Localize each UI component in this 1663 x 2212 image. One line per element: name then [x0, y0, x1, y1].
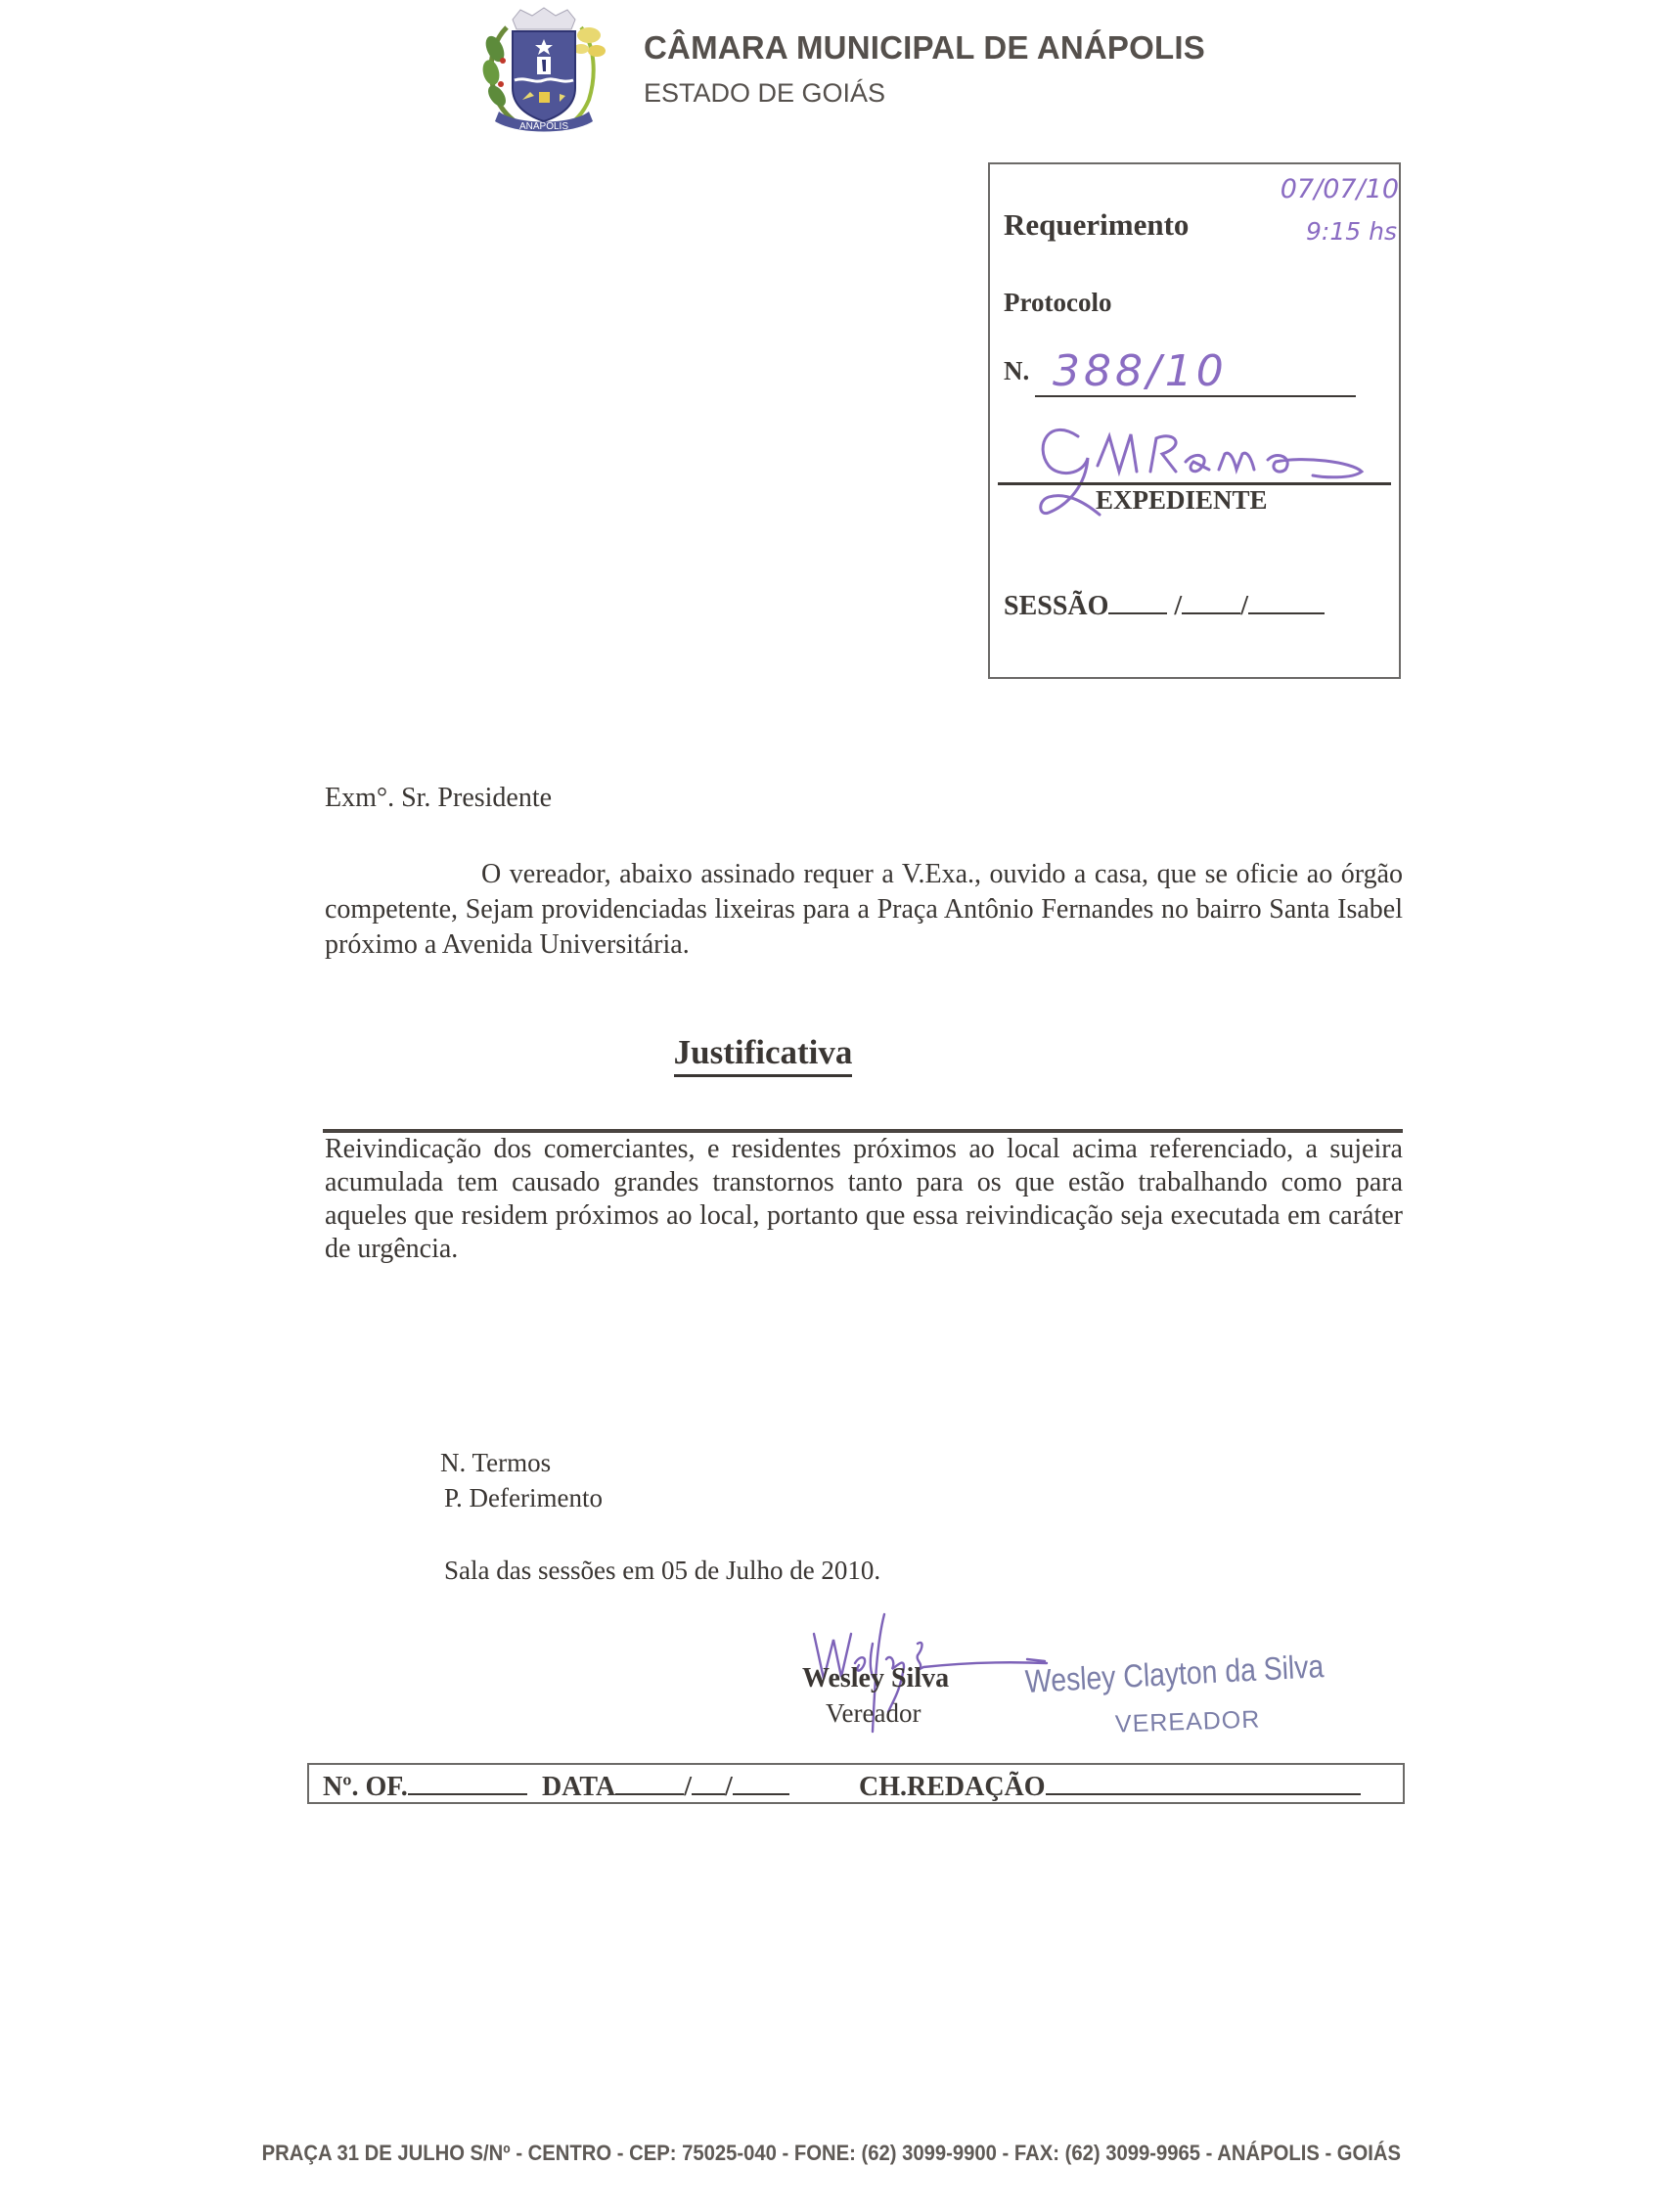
session-month-field: [1182, 587, 1240, 614]
salutation: Exm°. Sr. Presidente: [325, 783, 552, 814]
office-number-label: Nº. OF.: [323, 1772, 408, 1802]
office-record-box: Nº. OF. DATA// CH.REDAÇÃO: [307, 1763, 1405, 1804]
organization-name: CÂMARA MUNICIPAL DE ANÁPOLIS: [644, 29, 1205, 67]
expediente-label: EXPEDIENTE: [1096, 485, 1268, 516]
justification-text: Reivindicação dos comerciantes, e reside…: [325, 1133, 1403, 1266]
session-label: SESSÃO: [1004, 591, 1108, 621]
drafting-field: [1046, 1768, 1361, 1795]
protocol-number-row: N. 388/10: [1004, 356, 1366, 386]
protocol-number-value: 388/10: [1053, 346, 1228, 396]
signer-role: Vereador: [826, 1698, 921, 1729]
coat-of-arms-icon: ANÁPOLIS: [477, 6, 610, 139]
organization-state: ESTADO DE GOIÁS: [644, 78, 885, 109]
footer-address: PRAÇA 31 DE JULHO S/Nº - CENTRO - CEP: 7…: [0, 2141, 1663, 2166]
number-prefix: N.: [1004, 356, 1029, 385]
protocol-label: Protocolo: [1004, 288, 1111, 318]
session-separator: /: [1174, 591, 1182, 621]
svg-text:ANÁPOLIS: ANÁPOLIS: [519, 119, 568, 132]
office-date-year-field: [733, 1768, 789, 1795]
stamp-role: VEREADOR: [1115, 1705, 1261, 1738]
office-number-cell: Nº. OF.: [323, 1768, 527, 1803]
request-paragraph: O vereador, abaixo assinado requer a V.E…: [325, 857, 1403, 963]
session-day-field: [1108, 587, 1167, 614]
place-date: Sala das sessões em 05 de Julho de 2010.: [444, 1556, 880, 1586]
office-date-day-field: [615, 1768, 684, 1795]
handwritten-date: 07/07/10: [1281, 174, 1399, 204]
office-number-field: [408, 1768, 527, 1795]
closing-line-terms: N. Termos: [440, 1448, 551, 1478]
session-separator: /: [1240, 591, 1248, 621]
office-date-label: DATA: [542, 1772, 615, 1802]
handwritten-time: 9:15 hs: [1306, 217, 1397, 246]
signer-name: Wesley Silva: [802, 1663, 949, 1694]
session-year-field: [1248, 587, 1325, 614]
drafting-cell: CH.REDAÇÃO: [859, 1768, 1361, 1803]
justification-title: Justificativa: [0, 1033, 1663, 1077]
drafting-label: CH.REDAÇÃO: [859, 1772, 1046, 1802]
request-label: Requerimento: [1004, 207, 1189, 243]
protocol-box: Requerimento 07/07/10 9:15 hs Protocolo …: [988, 162, 1401, 679]
closing-line-deferment: P. Deferimento: [444, 1483, 603, 1513]
office-date-month-field: [692, 1768, 725, 1795]
office-date-cell: DATA//: [542, 1768, 789, 1803]
session-row: SESSÃO //: [1004, 587, 1325, 622]
